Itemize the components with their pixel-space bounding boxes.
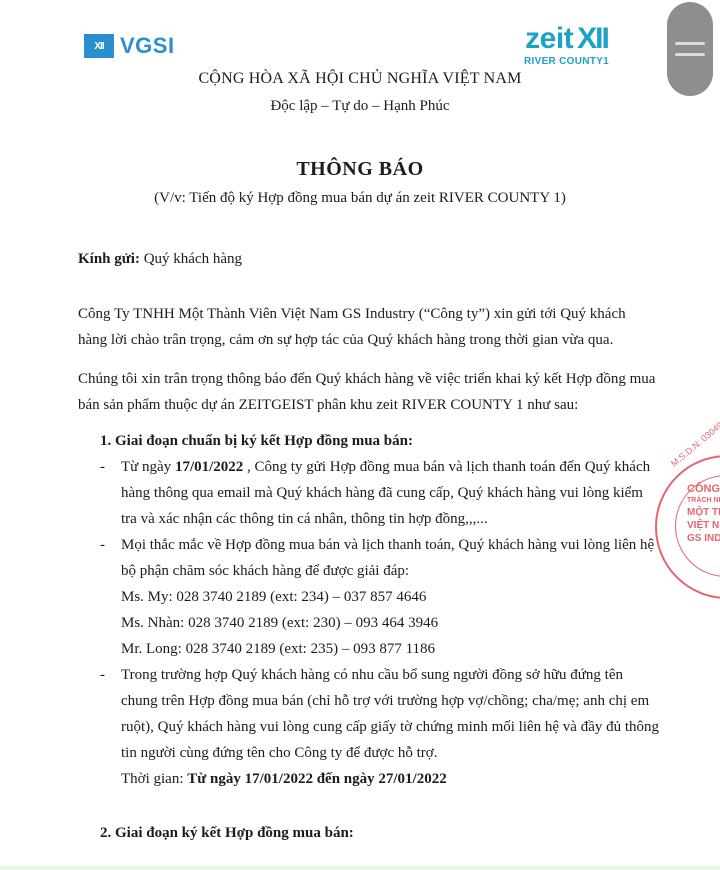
contact-long: Mr. Long: 028 3740 2189 (ext: 235) – 093…	[121, 636, 661, 662]
section-2-heading: 2. Giai đoạn ký kết Hợp đồng mua bán:	[100, 820, 354, 846]
section-1-heading: 1. Giai đoạn chuẩn bị ký kết Hợp đồng mu…	[100, 428, 413, 454]
menu-icon-line	[675, 53, 705, 56]
document-page: XII VGSI zeitXII RIVER COUNTY1 CỘNG HÒA …	[0, 0, 720, 870]
document-title: THÔNG BÁO	[0, 158, 720, 181]
stamp-line: GS INDU	[687, 533, 720, 544]
start-date: 17/01/2022	[175, 459, 243, 475]
bottom-edge	[0, 866, 720, 870]
greeting: Kính gửi: Quý khách hàng	[78, 246, 658, 272]
company-seal-stamp: M.S.D.N: 03049866 CÔNG TRÁCH NHIỆM MỘT T…	[655, 455, 720, 599]
greeting-recipient: Quý khách hàng	[140, 251, 242, 267]
contact-my: Ms. My: 028 3740 2189 (ext: 234) – 037 8…	[121, 584, 661, 610]
stamp-line: VIỆT N	[687, 520, 719, 531]
bullet-dash: -	[100, 662, 105, 688]
stamp-ring-text: M.S.D.N: 03049866	[669, 410, 720, 468]
stamp-line: MỘT THÀN	[687, 507, 720, 518]
bullet-dash: -	[100, 532, 105, 558]
zeit-logo-mark-icon: XII	[577, 22, 608, 55]
time-value: Từ ngày 17/01/2022 đến ngày 27/01/2022	[187, 771, 446, 787]
zeit-logo-subtitle: RIVER COUNTY1	[524, 56, 609, 67]
menu-icon-line	[675, 42, 705, 45]
time-label: Thời gian:	[121, 771, 187, 787]
bullet-text: Trong trường hợp Quý khách hàng có nhu c…	[121, 662, 661, 766]
announcement-paragraph: Chúng tôi xin trân trọng thông báo đến Q…	[78, 366, 658, 418]
stamp-line: TRÁCH NHIỆM	[687, 497, 720, 504]
bullet-text: Từ ngày	[121, 459, 175, 475]
bullet-contract-sending: Từ ngày 17/01/2022 , Công ty gửi Hợp đồn…	[121, 454, 661, 532]
greeting-label: Kính gửi:	[78, 251, 140, 267]
vgsi-logo-text: VGSI	[120, 33, 175, 59]
bullet-customer-support: Mọi thắc mắc về Hợp đồng mua bán và lịch…	[121, 532, 661, 662]
vgsi-logo-mark-icon: XII	[84, 34, 114, 58]
intro-paragraph: Công Ty TNHH Một Thành Viên Việt Nam GS …	[78, 301, 658, 353]
document-subtitle: (V/v: Tiến độ ký Hợp đồng mua bán dự án …	[0, 190, 720, 207]
bullet-text: Mọi thắc mắc về Hợp đồng mua bán và lịch…	[121, 532, 661, 584]
stamp-line: CÔNG	[687, 483, 720, 495]
vgsi-logo: XII VGSI	[84, 33, 175, 59]
nation-heading: CỘNG HÒA XÃ HỘI CHỦ NGHĨA VIỆT NAM	[0, 70, 720, 88]
zeit-river-county-logo: zeitXII RIVER COUNTY1	[524, 24, 609, 67]
zeit-logo-word: zeit	[525, 22, 573, 55]
time-period: Thời gian: Từ ngày 17/01/2022 đến ngày 2…	[121, 766, 661, 792]
contact-nhan: Ms. Nhàn: 028 3740 2189 (ext: 230) – 093…	[121, 610, 661, 636]
national-motto: Độc lập – Tự do – Hạnh Phúc	[0, 98, 720, 115]
bullet-co-owner: Trong trường hợp Quý khách hàng có nhu c…	[121, 662, 661, 792]
bullet-dash: -	[100, 454, 105, 480]
